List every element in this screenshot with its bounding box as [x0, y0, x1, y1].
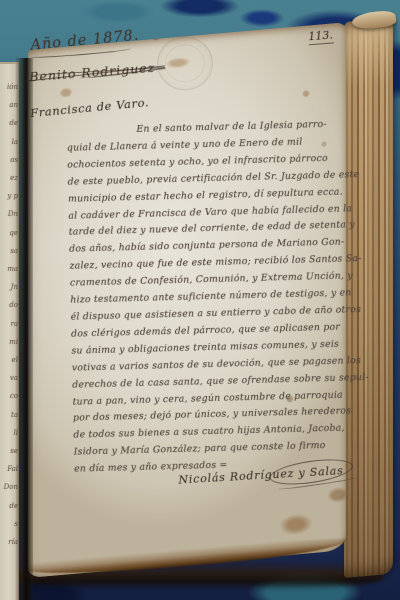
page-number: 113. [307, 28, 333, 45]
manuscript-photo: iónandelaosezy pDnqesamaJndoramíelvacota… [0, 0, 400, 600]
crossed-out-name: Benito Rodriguez [29, 60, 156, 84]
page-content: Año de 1878. Benito Rodriguez 113. Franc… [28, 15, 358, 562]
embossed-seal [156, 36, 213, 91]
manuscript-body: En el santo malvar de la Iglesia parro-q… [66, 117, 356, 478]
margin-title: Francisca de Varo. [30, 95, 150, 120]
year-header: Año de 1878. [30, 28, 140, 54]
